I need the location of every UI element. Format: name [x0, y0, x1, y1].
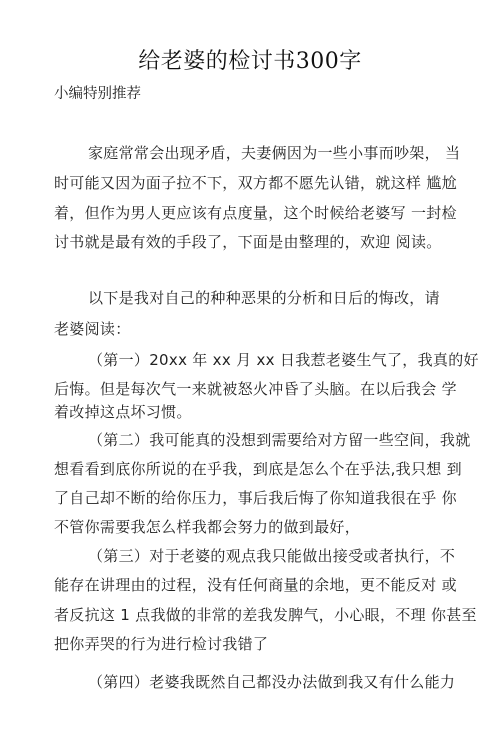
document-subtitle: 小编特别推荐	[54, 82, 141, 103]
body-text-line: 把你弄哭的行为进行检讨我错了	[54, 633, 268, 654]
body-text-line: 时可能又因为面子拉不下，双方都不愿先认错，就这样 尴尬	[54, 172, 457, 193]
body-text-line: 后悔。但是每次气一来就被怒火冲昏了头脑。在以后我会 学	[54, 378, 457, 399]
document-page: 给老婆的检讨书300字 小编特别推荐 家庭常常会出现矛盾，夫妻俩因为一些小事而吵…	[0, 0, 500, 740]
body-text-line: 着改掉这点坏习惯。	[54, 401, 192, 422]
body-text-line: （第一）20xx 年 xx 月 xx 日我惹老婆生气了，我真的好	[88, 349, 479, 370]
body-text-line: 了自己却不断的给你压力，事后我后悔了你知道我很在乎 你	[54, 487, 457, 508]
body-text-line: （第二）我可能真的没想到需要给对方留一些空间，我就	[88, 429, 471, 450]
body-text-line: 能存在讲理由的过程，没有任何商量的余地，更不能反对 或	[54, 574, 457, 595]
body-text-line: 不管你需要我怎么样我都会努力的做到最好，	[54, 516, 360, 537]
body-text-line: 老婆阅读：	[54, 318, 131, 339]
body-text-line: 者反抗这 1 点我做的非常的差我发脾气，小心眼，不理 你甚至	[54, 604, 477, 625]
body-text-line: 讨书就是最有效的手段了，下面是由整理的，欢迎 阅读。	[54, 231, 442, 252]
document-title: 给老婆的检讨书300字	[0, 44, 500, 75]
body-text-line: （第四）老婆我既然自己都没办法做到我又有什么能力	[88, 671, 455, 692]
body-text-line: 着，但作为男人更应该有点度量，这个时候给老婆写 一封检	[54, 202, 457, 223]
body-text-line: 以下是我对自己的种种恶果的分析和日后的悔改，请	[88, 287, 440, 308]
body-text-line: （第三）对于老婆的观点我只能做出接受或者执行，不	[88, 545, 455, 566]
body-text-line: 家庭常常会出现矛盾，夫妻俩因为一些小事而吵架， 当	[88, 142, 460, 163]
body-text-line: 想看看到底你所说的在乎我，到底是怎么个在乎法,我只想 到	[54, 458, 462, 479]
